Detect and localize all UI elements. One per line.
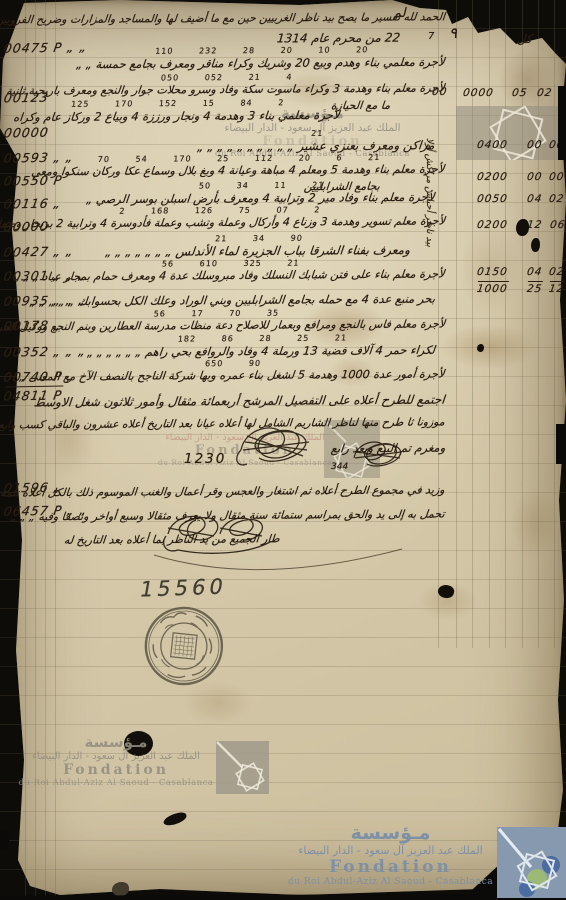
foundation-watermark-bottom-left: مـؤسسة الملك عبد العزيز آل سعود - الدار … [12, 733, 220, 788]
watermark-french-name: Fondation [283, 857, 498, 877]
margin-amount: 01596 „ [3, 480, 63, 496]
grid-cell-total: 12 [548, 281, 565, 295]
grid-cell: 04 [526, 266, 543, 278]
watermark-french-name: Fondation [12, 762, 220, 778]
margin-amount: 00178 „ [3, 318, 63, 334]
flourish-line [150, 545, 410, 585]
margin-amount: 00740 P „ [3, 368, 76, 384]
scanned-manuscript: مـؤسسة الملك عبد العزيز آل سعود - الدار … [0, 0, 566, 900]
margin-amount: 06457 P „ „ [3, 502, 89, 518]
margin-amount: 00116 „ [3, 196, 63, 212]
grid-cell-total: 25 [526, 281, 543, 295]
vertical-margin-note: بيد ناظر أحباس مراكش أولا [424, 138, 435, 313]
handwritten-line: 70 54 170 25 112 20 6 21 لأجرة معلم بناء… [31, 153, 446, 179]
grid-cell: 0000 [462, 87, 494, 99]
header-glyph: لم [393, 6, 406, 21]
margin-amount: 00352 „ „ „ [3, 343, 88, 359]
superscript-numbers: 21 [198, 128, 436, 140]
grid-cell: 02 [536, 87, 553, 99]
handwritten-line: 650 90 لأجرة أمور عدة 1000 وهدمة 5 لشغل … [19, 358, 446, 384]
ink-blot [531, 238, 540, 252]
line-text: لأجرة معلمي بناء وهدم وبيع 20 وشريك وكرا… [76, 55, 446, 72]
margin-amount: 00550 P [3, 172, 64, 188]
grid-cell: 04 [526, 193, 543, 205]
handwritten-line: 110 232 28 20 10 20 لأجرة معلمي بناء وهد… [76, 45, 447, 72]
watermark-arabic-name: مـؤسسة [12, 733, 220, 751]
torn-edge [556, 424, 566, 464]
line-text: ومعرف بفناء الشرقا بباب الجزيرة لماء الأ… [104, 243, 410, 259]
grid-cell: 0200 [476, 219, 508, 231]
eight-point-star-icon [216, 741, 269, 794]
margin-amount-total: 04811 P [3, 385, 64, 403]
margin-amount: 00000 [3, 125, 50, 141]
foundation-logo [497, 827, 566, 898]
handwritten-line: 125 170 152 15 84 2 لأجرة معلمي بناء 3 و… [13, 98, 342, 124]
grid-cell: 0050 [476, 193, 508, 205]
line-text: لكراء حمر 4 آلاف فضية 13 ورملة 4 وفاد وا… [86, 343, 435, 359]
signature-scribble [348, 436, 408, 474]
handwritten-line: 21 34 90 ومعرف بفناء الشرقا بباب الجزيرة… [104, 233, 411, 259]
torn-edge [0, 831, 9, 849]
grid-cell: 02 [548, 193, 565, 205]
watermark-french-line: du Roi Abdul-Aziz Al Saoud - Casablanca [283, 877, 498, 887]
ink-blot [516, 219, 529, 236]
handwritten-line: 50 34 11 21 لأجرة معلم بناء وفاد مير 2 و… [86, 180, 436, 206]
margin-amount: 00301 „ „ „ [3, 267, 88, 283]
line-text: لأجرة معلمي بناء 3 وهدمة 4 ونجار ورززة 4… [13, 108, 341, 124]
foundation-logo [456, 106, 562, 160]
grid-cell: 00 [526, 139, 543, 151]
handwritten-line: 2 168 126 75 07 2 لأجرة معلم تسوير وهدمة… [0, 204, 446, 230]
handwritten-date-line: 22 من محرم عام 1314 [276, 31, 401, 46]
grid-rule [456, 0, 457, 648]
grid-cell: 0400 [476, 139, 508, 151]
grid-cell: 00 [526, 171, 543, 183]
header-glyph: ٩ [449, 24, 457, 42]
watermark-french-line: du Roi Abdul-Aziz Al Saoud - Casablanca [12, 778, 220, 788]
margin-amount: 00475 P „ „ [3, 39, 89, 55]
margin-amount: 00593 „ „ [3, 149, 75, 165]
small-number: 344 [331, 462, 348, 472]
line-text: 22 من محرم عام 1314 [276, 31, 401, 46]
ink-blot [112, 882, 129, 896]
margin-amount: 00000 [3, 219, 50, 235]
watermark-arabic-name: مـؤسسة [283, 822, 498, 844]
year-number: 1230 [184, 451, 226, 467]
line-text: لأجرة معلم بناء وفاد مير 2 وترابية 4 ومع… [86, 190, 435, 206]
grid-cell-total: 1000 [476, 281, 509, 295]
margin-amount: 00935 „ „ „ [3, 292, 88, 308]
grid-cell: 02 [548, 266, 565, 278]
handwritten-line: 21 مراكن ومعرف بعنزي عشير „ „ „ „ „ „ „ … [197, 128, 436, 154]
foundation-logo [216, 741, 269, 794]
line-text: بحر منبع عدة 4 مع حمله بجامع الشرابليين … [29, 292, 436, 309]
grid-cell: 05 [511, 87, 528, 99]
grid-cell: 00 [431, 86, 448, 98]
header-glyph: كل [517, 32, 532, 46]
ink-blot [477, 344, 484, 352]
watermark-arabic-line: الملك عبد العزيز آل سعود - الدار البيضاء [283, 844, 498, 857]
watermark-arabic-line: الملك عبد العزيز آل سعود - الدار البيضاء [12, 751, 220, 762]
grid-cell: 00 [548, 171, 565, 183]
grid-cell: 0200 [476, 171, 508, 183]
handwritten-line: 050 052 21 4 لأجرة معلم بناء وهدمة 3 وكر… [6, 71, 446, 97]
grid-cell: 0150 [476, 266, 508, 278]
handwritten-line: 56 17 70 35 لأجرة معلم فاس بالنجع ومرافع… [0, 307, 446, 333]
round-stamp [138, 602, 230, 692]
torn-edge [558, 86, 566, 160]
grid-rule [505, 0, 506, 648]
line-text: مراكن ومعرف بعنزي عشير „ „ „ „ „ „ „ „ „… [197, 138, 435, 154]
foundation-watermark-bottom-right: مـؤسسة الملك عبد العزيز آل سعود - الدار … [283, 822, 498, 887]
handwritten-line: 182 86 28 25 21 لكراء حمر 4 آلاف فضية 13… [86, 333, 436, 359]
margin-amount: 00427 „ „ [3, 243, 75, 259]
handwritten-line: بحر منبع عدة 4 مع حمله بجامع الشرابليين … [29, 292, 436, 309]
handwritten-line: اجتمع للطرح أعلاه على التفصيل المرشح أرب… [34, 393, 446, 410]
grid-rule [554, 0, 555, 648]
margin-amount: 00123 [3, 90, 50, 106]
header-glyph: 7 [428, 31, 434, 42]
eight-point-star-icon [456, 106, 562, 160]
superscript-numbers: 21 34 90 [106, 233, 412, 245]
signature-scribble [233, 420, 317, 472]
eight-point-star-icon [497, 827, 566, 898]
grid-cell: 06 [549, 219, 566, 231]
line-text: اجتمع للطرح أعلاه على التفصيل المرشح أرب… [34, 393, 446, 410]
